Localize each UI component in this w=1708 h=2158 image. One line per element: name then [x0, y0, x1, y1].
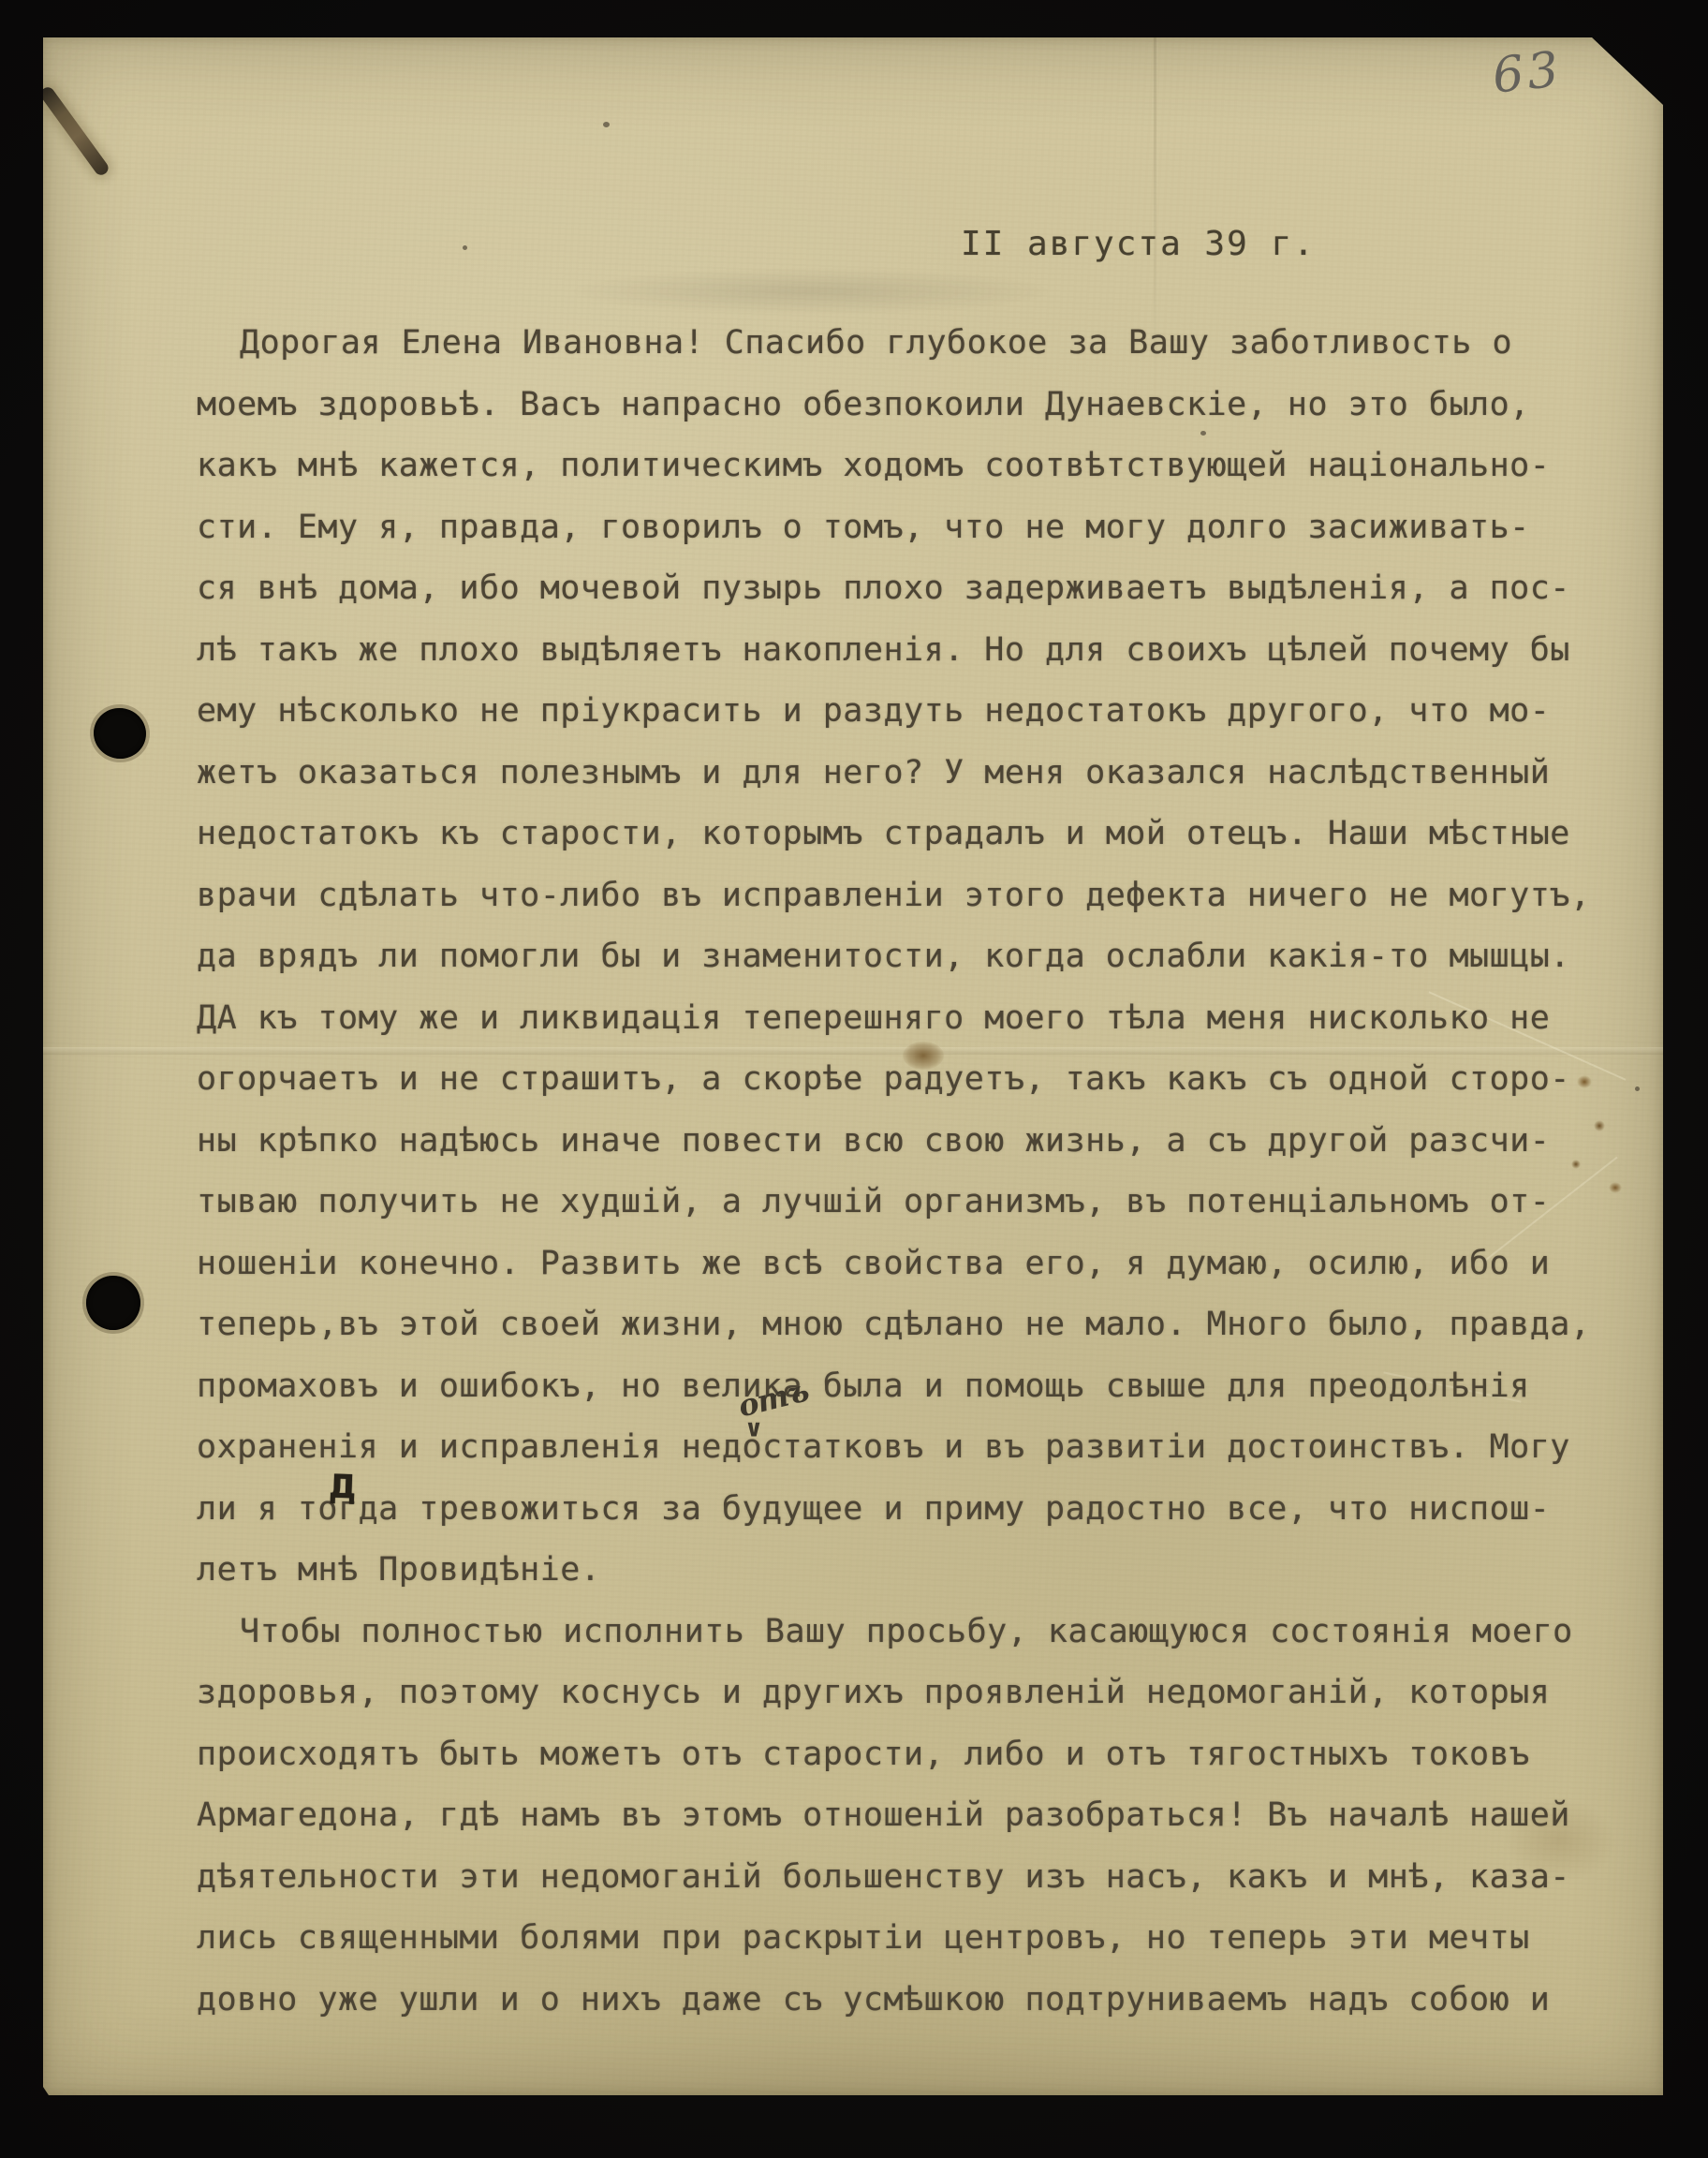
letter-line: врачи сдѣлать что-либо въ исправленіи эт…: [197, 865, 1704, 927]
letter-line: Дорогая Елена Ивановна! Спасибо глубокое…: [197, 313, 1704, 375]
letter-line: лись священными болями при раскрытіи цен…: [197, 1908, 1704, 1970]
letter-line: недостатокъ къ старости, которымъ страда…: [197, 804, 1704, 865]
letter-line: сти. Ему я, правда, говорилъ о томъ, что…: [197, 497, 1704, 559]
letter-line: ны крѣпко надѣюсь иначе повести всю свою…: [197, 1111, 1704, 1173]
letter-line: дѣятельности эти недомоганій большенству…: [197, 1847, 1704, 1909]
insertion-caret-icon: ∨: [745, 1415, 762, 1443]
handwritten-page-number: 63: [1490, 41, 1565, 104]
pencil-smudge: [567, 268, 1054, 315]
staple-rust-mark: [38, 84, 111, 177]
letter-line: лѣ такъ же плохо выдѣляетъ накопленія. Н…: [197, 620, 1704, 682]
letter-line: ДА къ тому же и ликвидація теперешняго м…: [197, 988, 1704, 1050]
letter-line: какъ мнѣ кажется, политическимъ ходомъ с…: [197, 436, 1704, 497]
letter-line: охраненія и исправленія недостатковъ и в…: [197, 1417, 1704, 1479]
punch-hole-top: [89, 703, 151, 763]
punch-hole-bottom: [82, 1272, 144, 1334]
letter-line: тываю получить не худшій, а лучшій орган…: [197, 1172, 1704, 1234]
scanner-background: 63 II августа 39 г. Дорогая Елена Иванов…: [0, 0, 1708, 2158]
letter-line: жетъ оказаться полезнымъ и для него? У м…: [197, 743, 1704, 805]
letter-line: здоровья, поэтому коснусь и другихъ проя…: [197, 1663, 1704, 1724]
letter-line: моемъ здоровьѣ. Васъ напрасно обезпокоил…: [197, 375, 1704, 436]
typewriter-overstrike: д: [329, 1457, 357, 1509]
letter-line: ся внѣ дома, ибо мочевой пузырь плохо за…: [197, 558, 1704, 620]
letter-line: летъ мнѣ Провидѣніе.: [197, 1540, 1704, 1602]
letter-line: довно уже ушли и о нихъ даже съ усмѣшкою…: [197, 1970, 1704, 2032]
letter-line: Армагедона, гдѣ намъ въ этомъ отношеній …: [197, 1785, 1704, 1847]
letter-body: Дорогая Елена Ивановна! Спасибо глубокое…: [197, 313, 1704, 2031]
letter-line: да врядъ ли помогли бы и знаменитости, к…: [197, 926, 1704, 988]
paper-speck: [463, 245, 467, 250]
letter-line: ношеніи конечно. Развить же всѣ свойства…: [197, 1234, 1704, 1295]
letter-line: огорчаетъ и не страшитъ, а скорѣе радует…: [197, 1049, 1704, 1111]
letter-page: 63 II августа 39 г. Дорогая Елена Иванов…: [43, 37, 1663, 2095]
letter-line: промаховъ и ошибокъ, но велика была и по…: [197, 1356, 1704, 1418]
letter-line: теперь,въ этой своей жизни, мною сдѣлано…: [197, 1294, 1704, 1356]
letter-line: происходятъ быть можетъ отъ старости, ли…: [197, 1724, 1704, 1786]
letter-line: Чтобы полностью исполнить Вашу просьбу, …: [197, 1602, 1704, 1663]
letter-date: II августа 39 г.: [961, 225, 1316, 263]
letter-line: ему нѣсколько не пріукрасить и раздуть н…: [197, 681, 1704, 743]
letter-line: ли я тогда тревожиться за будущее и прим…: [197, 1479, 1704, 1541]
paper-speck: [603, 122, 610, 127]
